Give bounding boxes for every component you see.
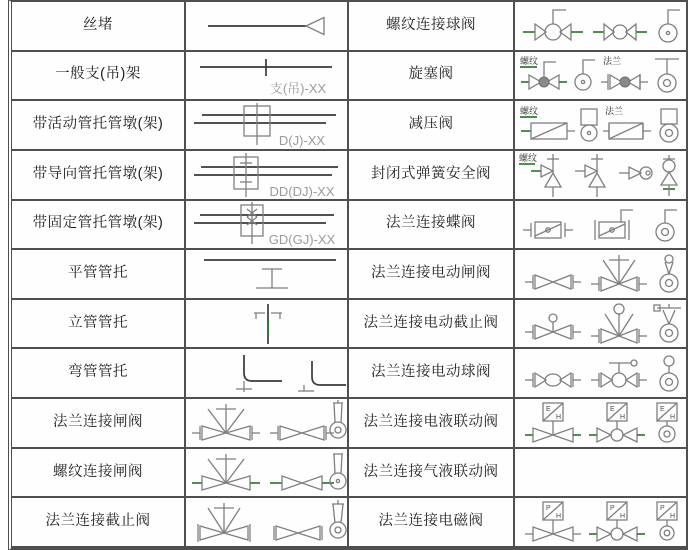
electro-hydraulic-valve-icon: E H E H E H	[517, 399, 685, 447]
flanged-butterfly-valve-icon	[517, 201, 685, 249]
thread-conn-label: 螺纹	[520, 55, 538, 66]
legend-name-threaded-gate-valve: 螺纹连接闸阀	[53, 465, 143, 481]
flanged-globe-valve-icon	[186, 498, 347, 546]
solenoid-valve-icon: P H P H P H	[517, 498, 685, 546]
legend-name-guided-pipe-pier: 带导向管托管墩(架)	[33, 167, 164, 183]
legend-name-electro-hydraulic-valve: 法兰连接电液联动阀	[364, 415, 499, 431]
actuator-box-letter: H	[556, 414, 561, 421]
actuator-box-letter: P	[546, 505, 551, 512]
actuator-box-letter: H	[620, 513, 625, 520]
plug-valve-icon: 螺纹 法兰	[517, 52, 685, 100]
legend-name-silk-plug: 丝堵	[83, 18, 113, 34]
symbol-legend-table: 丝堵 螺纹连接球阀 一般支(吊)架 支(吊)-XX	[8, 0, 688, 550]
legend-name-flanged-gate-valve: 法兰连接闸阀	[53, 415, 143, 431]
legend-name-flanged-butterfly-valve: 法兰连接蝶阀	[386, 216, 476, 232]
spring-safety-valve-icon: 螺纹	[517, 151, 685, 199]
actuator-box-letter: H	[556, 513, 561, 520]
threaded-gate-valve-icon	[186, 449, 347, 497]
horizontal-pipe-shoe-icon	[186, 250, 347, 298]
legend-name-electric-ball-valve: 法兰连接电动球阀	[371, 365, 491, 381]
actuator-box-letter: E	[546, 406, 551, 413]
legend-name-pneumatic-hydraulic-valve: 法兰连接气液联动阀	[364, 465, 499, 481]
legend-name-pressure-reducing-valve: 减压阀	[409, 117, 454, 133]
legend-name-plug-valve: 旋塞阀	[409, 67, 454, 83]
actuator-box-letter: H	[670, 513, 675, 520]
electric-gate-valve-icon	[517, 250, 685, 298]
legend-name-bend-pipe-shoe: 弯管管托	[68, 365, 128, 381]
electric-ball-valve-icon	[517, 349, 685, 397]
pressure-reducing-valve-icon: 螺纹 法兰	[517, 101, 685, 149]
fixed-pipe-pier-icon: GD(GJ)-XX	[186, 201, 347, 249]
legend-name-horizontal-pipe-shoe: 平管管托	[68, 266, 128, 282]
empty-symbol-cell	[517, 449, 685, 497]
actuator-box-letter: H	[670, 414, 675, 421]
legend-name-general-support: 一般支(吊)架	[55, 67, 141, 83]
legend-name-spring-safety-valve: 封闭式弹簧安全阀	[371, 167, 491, 183]
actuator-box-letter: P	[660, 505, 665, 512]
pipe-plug-icon	[186, 2, 347, 50]
support-tag-label: 支(吊)-XX	[270, 81, 327, 96]
legend-name-electric-globe-valve: 法兰连接电动截止阀	[364, 316, 499, 332]
actuator-box-letter: E	[610, 406, 615, 413]
threaded-ball-valve-icon	[517, 2, 685, 50]
actuator-box-letter: E	[660, 406, 665, 413]
legend-name-threaded-ball-valve: 螺纹连接球阀	[386, 18, 476, 34]
flanged-gate-valve-icon	[186, 399, 347, 447]
legend-name-flanged-globe-valve: 法兰连接截止阀	[46, 514, 151, 530]
legend-name-riser-pipe-shoe: 立管管托	[68, 316, 128, 332]
pier-tag-label: DD(DJ)-XX	[270, 184, 335, 199]
riser-pipe-shoe-icon	[186, 300, 347, 348]
flange-conn-label: 法兰	[605, 105, 623, 116]
bend-pipe-shoe-icon	[186, 349, 347, 397]
pier-tag-label: GD(GJ)-XX	[269, 232, 336, 247]
legend-name-solenoid-valve: 法兰连接电磁阀	[379, 514, 484, 530]
legend-name-sliding-pipe-pier: 带活动管托管墩(架)	[33, 117, 164, 133]
flange-conn-label: 法兰	[603, 55, 621, 66]
legend-name-fixed-pipe-pier: 带固定管托管墩(架)	[33, 216, 164, 232]
thread-conn-label: 螺纹	[520, 105, 538, 116]
actuator-box-letter: P	[610, 505, 615, 512]
guided-pipe-pier-icon: DD(DJ)-XX	[186, 151, 347, 199]
thread-conn-label: 螺纹	[519, 152, 537, 163]
electric-globe-valve-icon	[517, 300, 685, 348]
actuator-box-letter: H	[620, 414, 625, 421]
pier-tag-label: D(J)-XX	[279, 133, 326, 148]
sliding-pipe-pier-icon: D(J)-XX	[186, 101, 347, 149]
legend-name-electric-gate-valve: 法兰连接电动闸阀	[371, 266, 491, 282]
general-support-icon: 支(吊)-XX	[186, 52, 347, 100]
